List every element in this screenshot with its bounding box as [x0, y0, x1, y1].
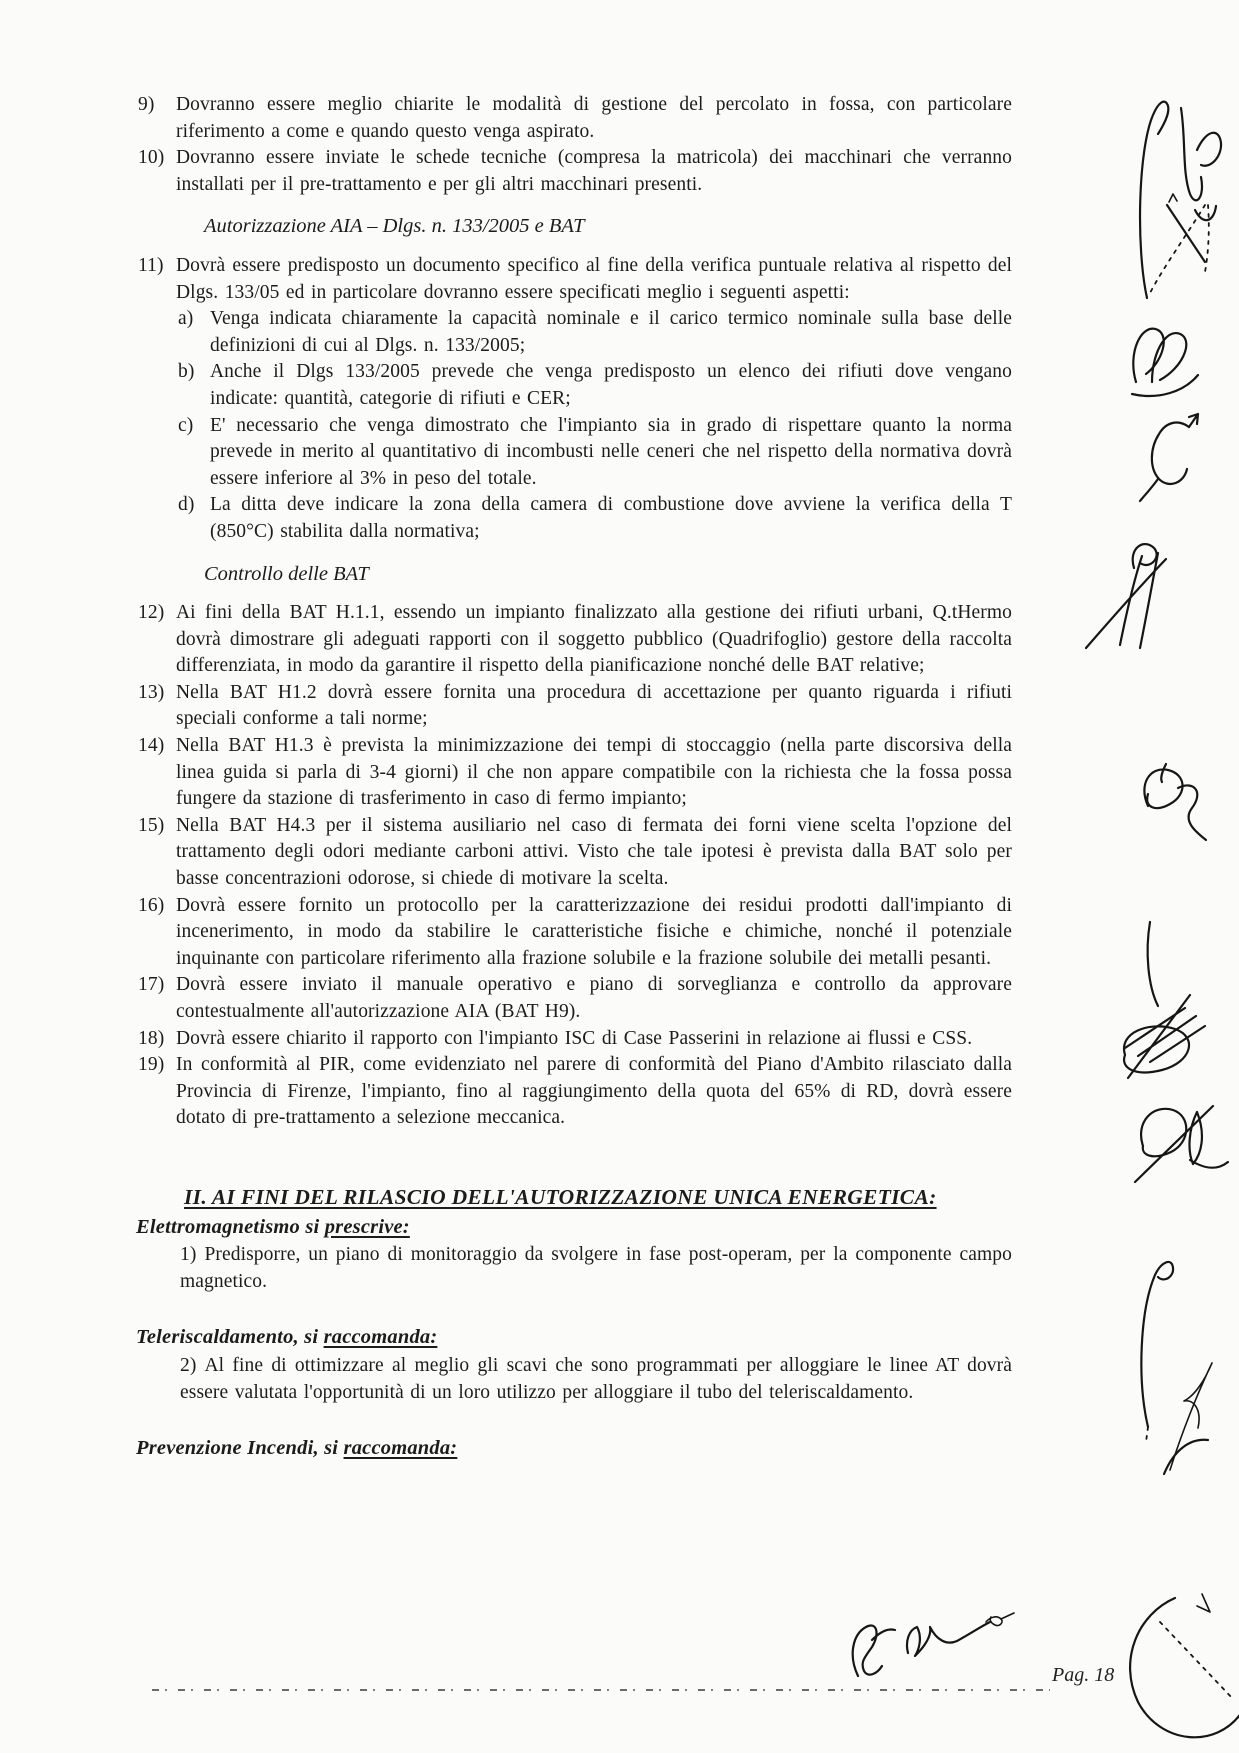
item-text: Nella BAT H1.3 è prevista la minimizzazi…: [176, 735, 1012, 809]
margin-paraph-icon: [1164, 1363, 1212, 1474]
item-text: La ditta deve indicare la zona della cam…: [210, 494, 1012, 542]
item-number: 15): [138, 813, 164, 840]
list-item-9: 9) Dovranno essere meglio chiarite le mo…: [136, 92, 1012, 145]
margin-paraph-icon: [1132, 329, 1198, 396]
item-text: Al fine di ottimizzare al meglio gli sca…: [180, 1355, 1012, 1403]
list-item-17: 17) Dovrà essere inviato il manuale oper…: [136, 972, 1012, 1025]
footer-page-number: Pag. 18: [1052, 1664, 1114, 1687]
margin-paraph-icon: [1140, 414, 1198, 501]
item-text: Anche il Dlgs 133/2005 prevede che venga…: [210, 361, 1012, 409]
item-number: 10): [138, 145, 164, 172]
item-text: Dovrà essere predisposto un documento sp…: [176, 255, 1012, 303]
subheading-prefix: Prevenzione Incendi, si: [136, 1437, 344, 1459]
list-item-10: 10) Dovranno essere inviate le schede te…: [136, 145, 1012, 198]
item-number: 1): [180, 1244, 196, 1265]
item-number: 13): [138, 680, 164, 707]
item-text: Dovranno essere inviate le schede tecnic…: [176, 147, 1012, 195]
subheading-underlined: raccomanda:: [324, 1326, 438, 1348]
item-number: 18): [138, 1026, 164, 1053]
heading-controllo-bat: Controllo delle BAT: [204, 561, 1012, 588]
margin-paraph-icon: [1086, 544, 1166, 648]
subheading-teleriscaldamento: Teleriscaldamento, si raccomanda:: [136, 1324, 1012, 1351]
item-number: 2): [180, 1355, 196, 1376]
item-text: Ai fini della BAT H.1.1, essendo un impi…: [176, 602, 1012, 676]
item-letter: d): [178, 492, 194, 519]
section-ii-title: II. AI FINI DEL RILASCIO DELL'AUTORIZZAZ…: [184, 1184, 1012, 1211]
list-item-16: 16) Dovrà essere fornito un protocollo p…: [136, 893, 1012, 973]
heading-autorizzazione-aia: Autorizzazione AIA – Dlgs. n. 133/2005 e…: [204, 213, 1012, 240]
list-item-15: 15) Nella BAT H4.3 per il sistema ausili…: [136, 813, 1012, 893]
item-text: Dovrà essere chiarito il rapporto con l'…: [176, 1028, 972, 1049]
item-letter: b): [178, 359, 194, 386]
section-item-1: 1)Predisporre, un piano di monitoraggio …: [180, 1242, 1012, 1295]
sub-item-b: b) Anche il Dlgs 133/2005 prevede che ve…: [176, 359, 1012, 412]
item-text: Venga indicata chiaramente la capacità n…: [210, 308, 1012, 356]
item-text: Predisporre, un piano di monitoraggio da…: [180, 1244, 1012, 1292]
item-text: Dovrà essere inviato il manuale operativ…: [176, 974, 1012, 1022]
list-item-11: 11) Dovrà essere predisposto un document…: [136, 253, 1012, 306]
item-text: Dovranno essere meglio chiarite le modal…: [176, 94, 1012, 142]
margin-paraph-icon: [1144, 764, 1206, 840]
section-item-2: 2)Al fine di ottimizzare al meglio gli s…: [180, 1353, 1012, 1406]
subheading-prefix: Teleriscaldamento, si: [136, 1326, 324, 1348]
item-number: 12): [138, 600, 164, 627]
list-item-14: 14) Nella BAT H1.3 è prevista la minimiz…: [136, 733, 1012, 813]
item-text: In conformità al PIR, come evidenziato n…: [176, 1054, 1012, 1128]
item-number: 14): [138, 733, 164, 760]
subheading-underlined: prescrive:: [325, 1216, 410, 1238]
sub-item-a: a) Venga indicata chiaramente la capacit…: [176, 306, 1012, 359]
item-text: Nella BAT H1.2 dovrà essere fornita una …: [176, 682, 1012, 730]
list-item-19: 19) In conformità al PIR, come evidenzia…: [136, 1052, 1012, 1132]
footer-dashed-separator: [152, 1689, 1050, 1691]
item-letter: c): [178, 413, 193, 440]
margin-paraph-icon: [1124, 922, 1205, 1078]
margin-paraph-icon: [1141, 1262, 1173, 1442]
corner-oval-mark-icon: [1130, 1594, 1239, 1737]
subheading-prevenzione-incendi: Prevenzione Incendi, si raccomanda:: [136, 1435, 1012, 1462]
subheading-elettromagnetismo: Elettromagnetismo si prescrive:: [136, 1214, 1012, 1241]
margin-signature-icon: [1140, 102, 1221, 298]
sub-item-d: d) La ditta deve indicare la zona della …: [176, 492, 1012, 545]
subheading-prefix: Elettromagnetismo si: [136, 1216, 325, 1238]
sub-list: a) Venga indicata chiaramente la capacit…: [176, 306, 1012, 545]
item-text: Nella BAT H4.3 per il sistema ausiliario…: [176, 815, 1012, 889]
item-number: 17): [138, 972, 164, 999]
item-number: 9): [138, 92, 154, 119]
list-item-12: 12) Ai fini della BAT H.1.1, essendo un …: [136, 600, 1012, 680]
item-text: E' necessario che venga dimostrato che l…: [210, 415, 1012, 489]
margin-paraph-icon: [1135, 1106, 1228, 1182]
item-number: 16): [138, 893, 164, 920]
subheading-underlined: raccomanda:: [344, 1437, 458, 1459]
item-text: Dovrà essere fornito un protocollo per l…: [176, 895, 1012, 969]
item-letter: a): [178, 306, 193, 333]
item-number: 11): [138, 253, 164, 280]
document-body: 9) Dovranno essere meglio chiarite le mo…: [136, 92, 1012, 1464]
sub-item-c: c) E' necessario che venga dimostrato ch…: [176, 413, 1012, 493]
list-item-18: 18) Dovrà essere chiarito il rapporto co…: [136, 1026, 1012, 1053]
signature-icon: [853, 1613, 1014, 1676]
item-number: 19): [138, 1052, 164, 1079]
list-item-13: 13) Nella BAT H1.2 dovrà essere fornita …: [136, 680, 1012, 733]
